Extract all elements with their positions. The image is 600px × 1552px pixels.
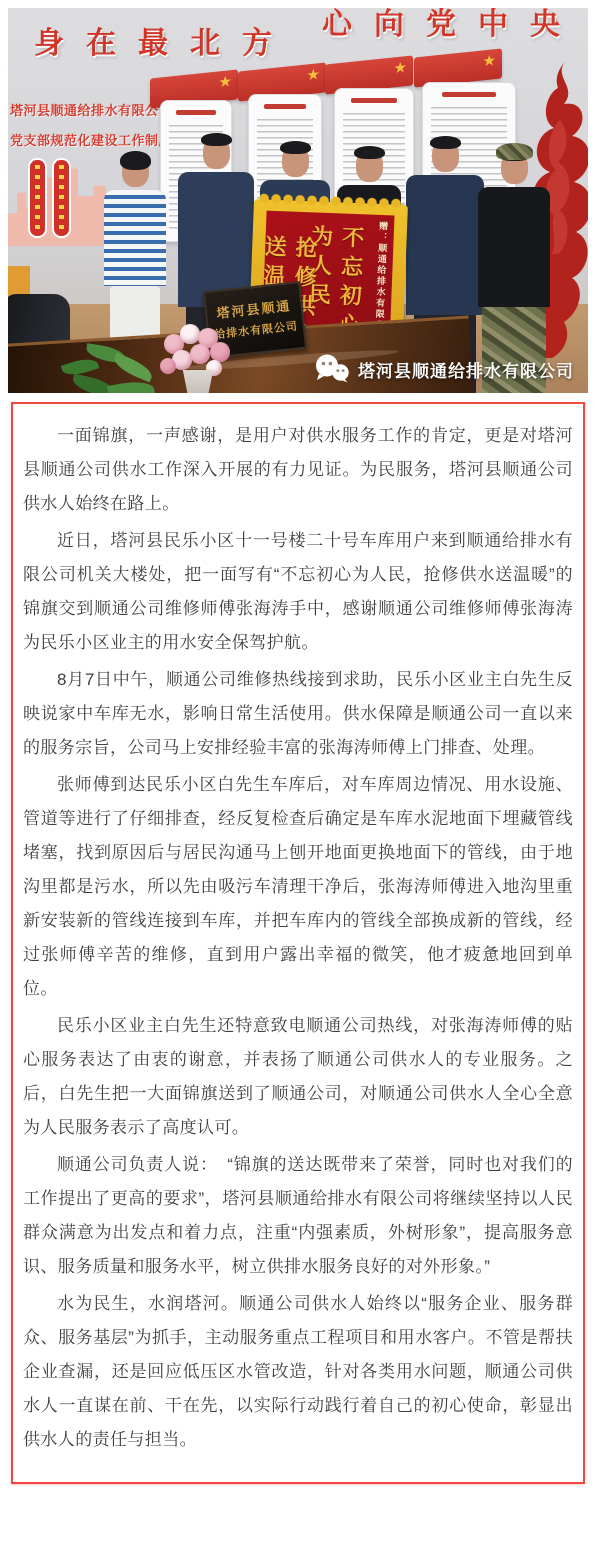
face	[122, 154, 149, 187]
paragraph-2: 近日，塔河县民乐小区十一号楼二十号车库用户来到顺通给排水有限公司机关大楼处，把一…	[23, 524, 573, 660]
face	[432, 139, 459, 172]
party-emblem-icon: ★	[219, 74, 232, 90]
watermark: 塔河县顺通给排水有限公司	[314, 354, 574, 384]
party-emblem-icon: ★	[483, 53, 496, 69]
paragraph-4: 张师傅到达民乐小区白先生车库后，对车库周边情况、用水设施、管道等进行了仔细排查，…	[23, 768, 573, 1006]
paragraph-5: 民乐小区业主白先生还特意致电顺通公司热线，对张海涛师傅的贴心服务表达了由衷的谢意…	[23, 1009, 573, 1145]
paragraph-1: 一面锦旗，一声感谢，是用户对供水服务工作的肯定，更是对塔河县顺通公司供水工作深入…	[23, 419, 573, 521]
party-emblem-icon: ★	[394, 60, 407, 76]
wall-slogan-right: 心向党中央	[322, 8, 582, 43]
paragraph-7: 水为民生，水润塔河。顺通公司供水人始终以“服务企业、服务群众、服务基层”为抓手，…	[23, 1287, 573, 1457]
face	[501, 151, 528, 184]
wall-banner-decoration	[52, 158, 71, 238]
paragraph-6: 顺通公司负责人说： “锦旗的送达既带来了荣誉，同时也对我们的工作提出了更高的要求…	[23, 1148, 573, 1284]
wall-company-name: 塔河县顺通给排水有限公司	[10, 100, 172, 119]
wall-banner-decoration	[28, 158, 47, 238]
green-plant	[60, 326, 164, 393]
flower-bouquet	[158, 318, 238, 393]
wechat-icon	[314, 354, 350, 384]
face	[356, 149, 383, 182]
wall-slogan-left: 身在最北方	[34, 18, 294, 62]
face	[203, 136, 230, 169]
article-body: 一面锦旗，一声感谢，是用户对供水服务工作的肯定，更是对塔河县顺通公司供水工作深入…	[11, 402, 585, 1484]
camo-hat	[496, 143, 533, 160]
news-photo[interactable]: 身在最北方 心向党中央 塔河县顺通给排水有限公司 党支部规范化建设工作制度 ★ …	[8, 8, 588, 393]
party-emblem-icon: ★	[307, 67, 320, 83]
paragraph-3: 8月7日中午，顺通公司维修热线接到求助，民乐小区业主白先生反映说家中车库无水，影…	[23, 663, 573, 765]
watermark-text: 塔河县顺通给排水有限公司	[358, 357, 574, 382]
face	[282, 144, 309, 177]
article-page: 身在最北方 心向党中央 塔河县顺通给排水有限公司 党支部规范化建设工作制度 ★ …	[0, 8, 600, 1484]
wall-branch-rules: 党支部规范化建设工作制度	[10, 130, 172, 149]
